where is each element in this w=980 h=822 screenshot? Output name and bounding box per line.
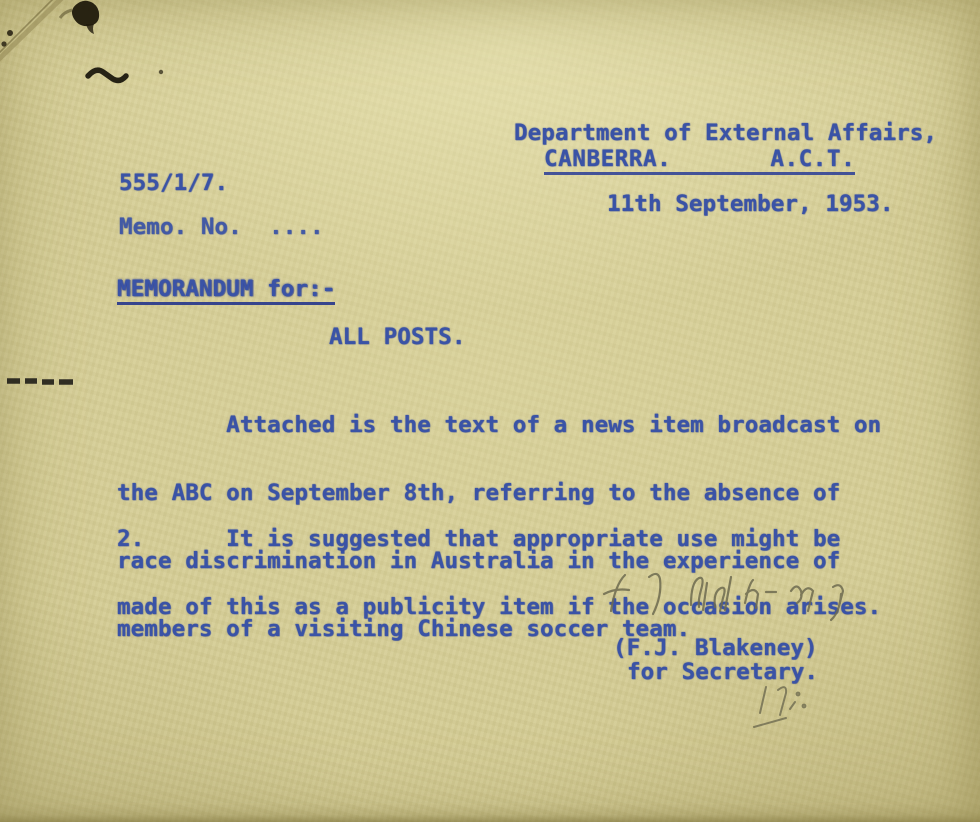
- margin-dashes-mark: [4, 372, 80, 392]
- handwritten-signature: [595, 563, 885, 635]
- file-number: 555/1/7.: [119, 172, 228, 195]
- header-date-line: 11th September, 1953.: [607, 193, 894, 216]
- memo-document-page: Department of External Affairs, CANBERRA…: [0, 0, 980, 822]
- memo-body-line: 2. It is suggested that appropriate use …: [117, 528, 881, 551]
- memorandum-for-heading: MEMORANDUM for:-: [117, 278, 335, 305]
- memo-number-line: Memo. No. ....: [119, 216, 324, 239]
- header-department-line: Department of External Affairs,: [514, 122, 937, 145]
- signature-typed-name: (F.J. Blakeney): [613, 637, 818, 660]
- pencil-initials-mark: [748, 681, 848, 733]
- addressee-line: ALL POSTS.: [329, 326, 465, 349]
- header-location-line: CANBERRA. A.C.T.: [544, 148, 855, 175]
- memo-body-line: Attached is the text of a news item broa…: [117, 414, 881, 437]
- corner-tear-staple-marks: [0, 0, 220, 160]
